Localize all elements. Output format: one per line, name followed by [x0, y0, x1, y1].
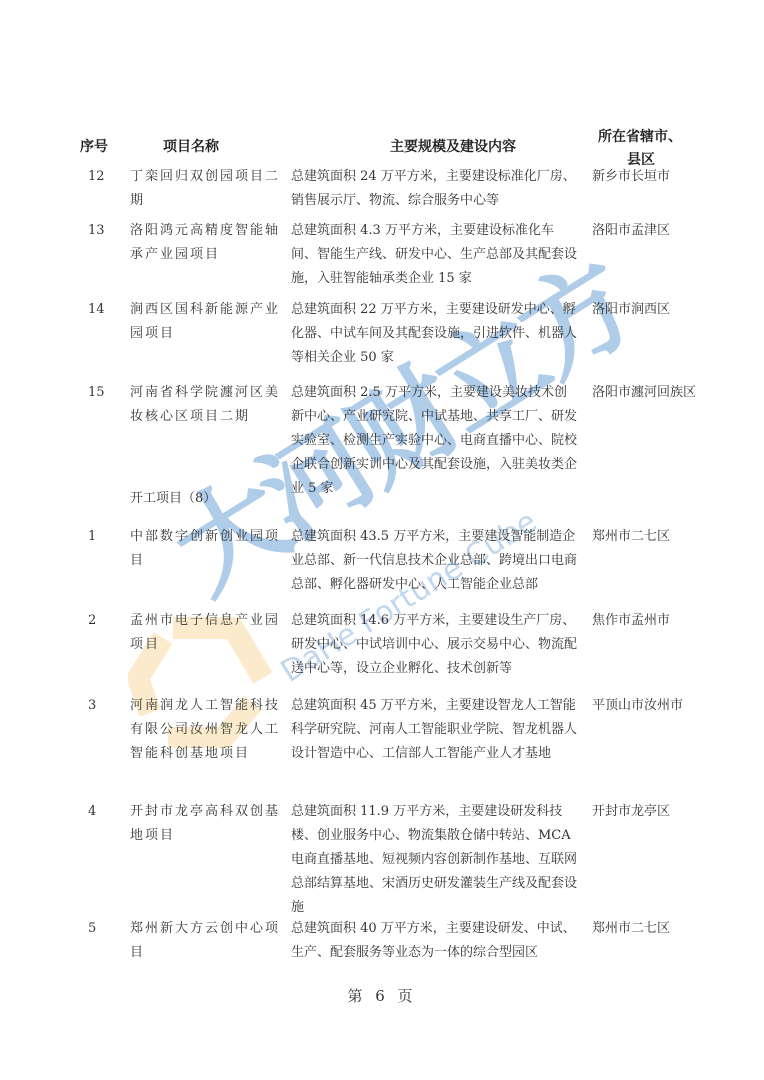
- page-number: 第 6 页: [0, 985, 764, 1006]
- row-no: 1: [88, 525, 118, 549]
- row-content: 总建筑面积 4.3 万平方米，主要建设标准化车间、智能生产线、研发中心、生产总部…: [291, 219, 579, 291]
- row-name: 中部数字创新创业园项目: [130, 525, 280, 573]
- document-page: 大河财立方 DaHe Fortune Cube 序号 项目名称 主要规模及建设内…: [0, 0, 764, 1080]
- row-name: 河南省科学院瀍河区美妆核心区项目二期: [130, 381, 280, 429]
- row-location: 郑州市二七区: [592, 525, 717, 549]
- row-no: 2: [88, 609, 118, 633]
- row-name: 郑州新大方云创中心项目: [130, 917, 280, 965]
- row-no: 13: [88, 219, 118, 243]
- header-no: 序号: [80, 136, 108, 156]
- row-location: 新乡市长垣市: [592, 165, 717, 189]
- row-no: 12: [88, 165, 118, 189]
- section-label: 开工项目（8）: [130, 487, 216, 506]
- header-name: 项目名称: [163, 136, 219, 156]
- row-no: 15: [88, 381, 118, 405]
- row-name: 涧西区国科新能源产业园项目: [130, 298, 280, 346]
- row-content: 总建筑面积 14.6 万平方米，主要建设生产厂房、研发中心、中试培训中心、展示交…: [291, 609, 579, 681]
- row-location: 洛阳市瀍河回族区: [592, 381, 717, 405]
- row-name: 丁栾回归双创园项目二期: [130, 165, 280, 213]
- row-location: 洛阳市孟津区: [592, 219, 717, 243]
- row-content: 总建筑面积 45 万平方米，主要建设智龙人工智能科学研究院、河南人工智能职业学院…: [291, 694, 579, 766]
- row-content: 总建筑面积 40 万平方米，主要建设研发、中试、生产、配套服务等业态为一体的综合…: [291, 917, 579, 965]
- row-no: 14: [88, 298, 118, 322]
- row-name: 开封市龙亭高科双创基地项目: [130, 800, 280, 848]
- row-content: 总建筑面积 24 万平方米，主要建设标准化厂房、销售展示厅、物流、综合服务中心等: [291, 165, 579, 213]
- row-no: 4: [88, 800, 118, 824]
- row-content: 总建筑面积 22 万平方米，主要建设研发中心、孵化器、中试车间及其配套设施，引进…: [291, 298, 579, 370]
- row-location: 开封市龙亭区: [592, 800, 717, 824]
- row-location: 焦作市孟州市: [592, 609, 717, 633]
- row-name: 河南润龙人工智能科技有限公司汝州智龙人工智能科创基地项目: [130, 694, 280, 766]
- row-location: 郑州市二七区: [592, 917, 717, 941]
- row-location: 平顶山市汝州市: [592, 694, 717, 718]
- row-name: 孟州市电子信息产业园项目: [130, 609, 280, 657]
- header-content: 主要规模及建设内容: [390, 136, 516, 156]
- row-content: 总建筑面积 11.9 万平方米，主要建设研发科技楼、创业服务中心、物流集散仓储中…: [291, 800, 579, 920]
- row-location: 洛阳市涧西区: [592, 298, 717, 322]
- row-content: 总建筑面积 43.5 万平方米，主要建设智能制造企业总部、新一代信息技术企业总部…: [291, 525, 579, 597]
- row-content: 总建筑面积 2.5 万平方米，主要建设美妆技术创新中心、产业研究院、中试基地、共…: [291, 381, 579, 501]
- row-no: 3: [88, 694, 118, 718]
- row-no: 5: [88, 917, 118, 941]
- row-name: 洛阳鸿元高精度智能轴承产业园项目: [130, 219, 280, 267]
- header-location-1: 所在省辖市、: [598, 126, 682, 146]
